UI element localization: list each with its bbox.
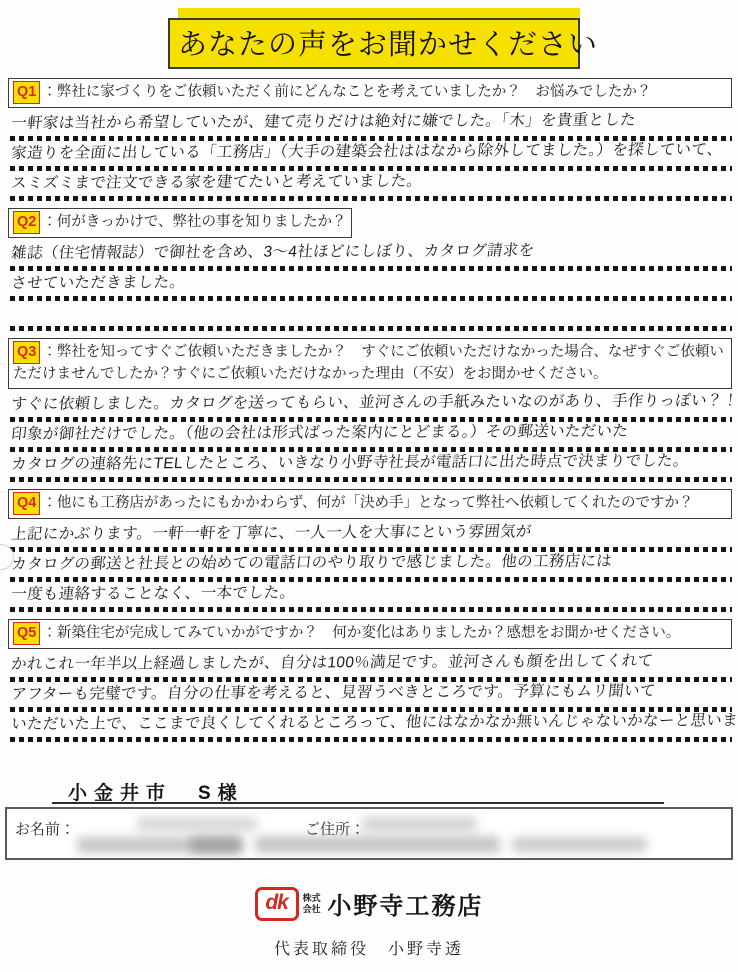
qa-area: Q1：弊社に家づくりをご依頼いただく前にどんなことを考えていましたか？ お悩みで… xyxy=(8,78,732,749)
answer-line: 上記にかぶります。一軒一軒を丁寧に、一人一人を大事にという雰囲気が xyxy=(10,522,732,552)
question-box: Q1：弊社に家づくりをご依頼いただく前にどんなことを考えていましたか？ お悩みで… xyxy=(8,78,732,108)
redacted-address-value xyxy=(255,836,500,853)
handwritten-answer: 上記にかぶります。一軒一軒を丁寧に、一人一人を大事にという雰囲気が xyxy=(10,518,735,547)
question-label: Q5 xyxy=(13,622,40,645)
company-prefix: 株式会社 xyxy=(303,893,323,914)
question-block-q5: Q5：新築住宅が完成してみていかがですか？ 何か変化はありましたか？感想をお聞か… xyxy=(8,619,732,742)
answer-line: 雑誌（住宅情報誌）で御社を含め、3〜4社ほどにしぼり、カタログ請求を xyxy=(10,241,732,271)
dotted-line xyxy=(10,737,732,742)
redacted-name-value xyxy=(137,817,257,831)
survey-sheet: あなたの声をお聞かせください Q1：弊社に家づくりをご依頼いただく前にどんなこと… xyxy=(0,0,738,972)
answer-line: かれこれ一年半以上経過しましたが、自分は100％満足です。並河さんも顔を出してく… xyxy=(10,652,732,682)
question-separator: ： xyxy=(42,625,57,641)
question-label: Q3 xyxy=(13,341,40,364)
question-separator: ： xyxy=(42,84,57,100)
company-logo: dk 株式会社 小野寺工務店 xyxy=(0,886,738,921)
dk-logo-icon: dk xyxy=(255,887,299,921)
handwritten-answer: かれこれ一年半以上経過しましたが、自分は100％満足です。並河さんも顔を出してく… xyxy=(10,648,735,677)
dotted-line xyxy=(10,196,732,201)
question-block-q3: Q3：弊社を知ってすぐご依頼いただきましたか？ すぐにご依頼いただけなかった場合… xyxy=(8,338,732,482)
question-text: 何がきっかけで、弊社の事を知りましたか？ xyxy=(57,214,347,230)
handwritten-answer: アフターも完璧です。自分の仕事を考えると、見習うべきところです。予算にもムリ聞い… xyxy=(10,678,735,707)
handwritten-answer: 雑誌（住宅情報誌）で御社を含め、3〜4社ほどにしぼり、カタログ請求を xyxy=(10,237,735,266)
question-label: Q4 xyxy=(13,492,40,515)
question-block-q1: Q1：弊社に家づくりをご依頼いただく前にどんなことを考えていましたか？ お悩みで… xyxy=(8,78,732,201)
question-box: Q2：何がきっかけで、弊社の事を知りましたか？ xyxy=(8,208,352,238)
handwritten-answer: 家造りを全面に出している「工務店」（大手の建築会社ははなから除外してました。）を… xyxy=(10,137,735,166)
handwritten-answer: 印象が御社だけでした。（他の会社は形式ばった案内にとどまる。）その郵送いただいた xyxy=(10,418,735,447)
answer-line: カタログの郵送と社長との始めての電話口のやり取りで感じました。他の工務店には xyxy=(10,552,732,582)
customer-name: 小金井市 S様 xyxy=(68,778,244,805)
handwritten-answer: させていただきました。 xyxy=(10,267,735,296)
question-text: 弊社を知ってすぐご依頼いただきましたか？ すぐにご依頼いただけなかった場合、なぜ… xyxy=(13,344,724,382)
answer-line: アフターも完璧です。自分の仕事を考えると、見習うべきところです。予算にもムリ聞い… xyxy=(10,682,732,712)
answer-line: いただいた上で、ここまで良くしてくれるところって、他にはなかなか無いんじゃないか… xyxy=(10,712,732,742)
dotted-line xyxy=(10,477,732,482)
name-field-label: お名前： xyxy=(15,818,75,839)
question-separator: ： xyxy=(42,344,57,360)
page-title: あなたの声をお聞かせください xyxy=(168,18,580,69)
question-block-q2: Q2：何がきっかけで、弊社の事を知りましたか？ 雑誌（住宅情報誌）で御社を含め、… xyxy=(8,208,732,331)
representative-name: 代表取締役 小野寺透 xyxy=(0,936,738,959)
dotted-line xyxy=(10,607,732,612)
redacted-address-value xyxy=(362,817,477,831)
customer-underline xyxy=(52,802,664,804)
handwritten-answer: カタログの連絡先にTELしたところ、いきなり小野寺社長が電話口に出た時点で決まり… xyxy=(10,448,735,477)
answer-line: 一度も連絡することなく、一本でした。 xyxy=(10,582,732,612)
answer-line: すぐに依頼しました。カタログを送ってもらい、並河さんの手紙みたいなのがあり、手作… xyxy=(10,392,732,422)
contact-form-box: お名前： ご住所： xyxy=(5,807,733,860)
redacted-address-value xyxy=(512,837,647,852)
answer-line: カタログの連絡先にTELしたところ、いきなり小野寺社長が電話口に出た時点で決まり… xyxy=(10,452,732,482)
company-name: 小野寺工務店 xyxy=(327,886,483,921)
handwritten-answer xyxy=(10,297,735,326)
question-box: Q5：新築住宅が完成してみていかがですか？ 何か変化はありましたか？感想をお聞か… xyxy=(8,619,732,649)
handwritten-answer: すぐに依頼しました。カタログを送ってもらい、並河さんの手紙みたいなのがあり、手作… xyxy=(10,388,735,417)
question-block-q4: Q4：他にも工務店があったにもかかわらず、何が「決め手」となって弊社へ依頼してく… xyxy=(8,489,732,612)
redacted-name-value xyxy=(190,837,242,853)
question-text: 弊社に家づくりをご依頼いただく前にどんなことを考えていましたか？ お悩みでしたか… xyxy=(57,84,652,100)
question-separator: ： xyxy=(42,214,57,230)
question-separator: ： xyxy=(42,495,57,511)
question-box: Q4：他にも工務店があったにもかかわらず、何が「決め手」となって弊社へ依頼してく… xyxy=(8,489,732,519)
handwritten-answer: スミズミまで注文できる家を建てたいと考えていました。 xyxy=(10,167,735,196)
answer-line: させていただきました。 xyxy=(10,271,732,301)
question-box: Q3：弊社を知ってすぐご依頼いただきましたか？ すぐにご依頼いただけなかった場合… xyxy=(8,338,732,389)
title-block: あなたの声をお聞かせください xyxy=(168,8,588,69)
question-label: Q1 xyxy=(13,81,40,104)
answer-line: スミズミまで注文できる家を建てたいと考えていました。 xyxy=(10,171,732,201)
answer-line-empty xyxy=(10,301,732,331)
answer-line: 家造りを全面に出している「工務店」（大手の建築会社ははなから除外してました。）を… xyxy=(10,141,732,171)
handwritten-answer: カタログの郵送と社長との始めての電話口のやり取りで感じました。他の工務店には xyxy=(10,548,735,577)
handwritten-answer: 一軒家は当社から希望していたが、建て売りだけは絶対に嫌でした。「木」を貴重とした xyxy=(10,107,735,136)
handwritten-answer: いただいた上で、ここまで良くしてくれるところって、他にはなかなか無いんじゃないか… xyxy=(10,708,735,737)
dotted-line xyxy=(10,326,732,331)
question-label: Q2 xyxy=(13,211,40,234)
answer-line: 一軒家は当社から希望していたが、建て売りだけは絶対に嫌でした。「木」を貴重とした xyxy=(10,111,732,141)
handwritten-answer: 一度も連絡することなく、一本でした。 xyxy=(10,578,735,607)
question-text: 他にも工務店があったにもかかわらず、何が「決め手」となって弊社へ依頼してくれたの… xyxy=(57,495,694,511)
answer-line: 印象が御社だけでした。（他の会社は形式ばった案内にとどまる。）その郵送いただいた xyxy=(10,422,732,452)
question-text: 新築住宅が完成してみていかがですか？ 何か変化はありましたか？感想をお聞かせくだ… xyxy=(57,625,681,641)
